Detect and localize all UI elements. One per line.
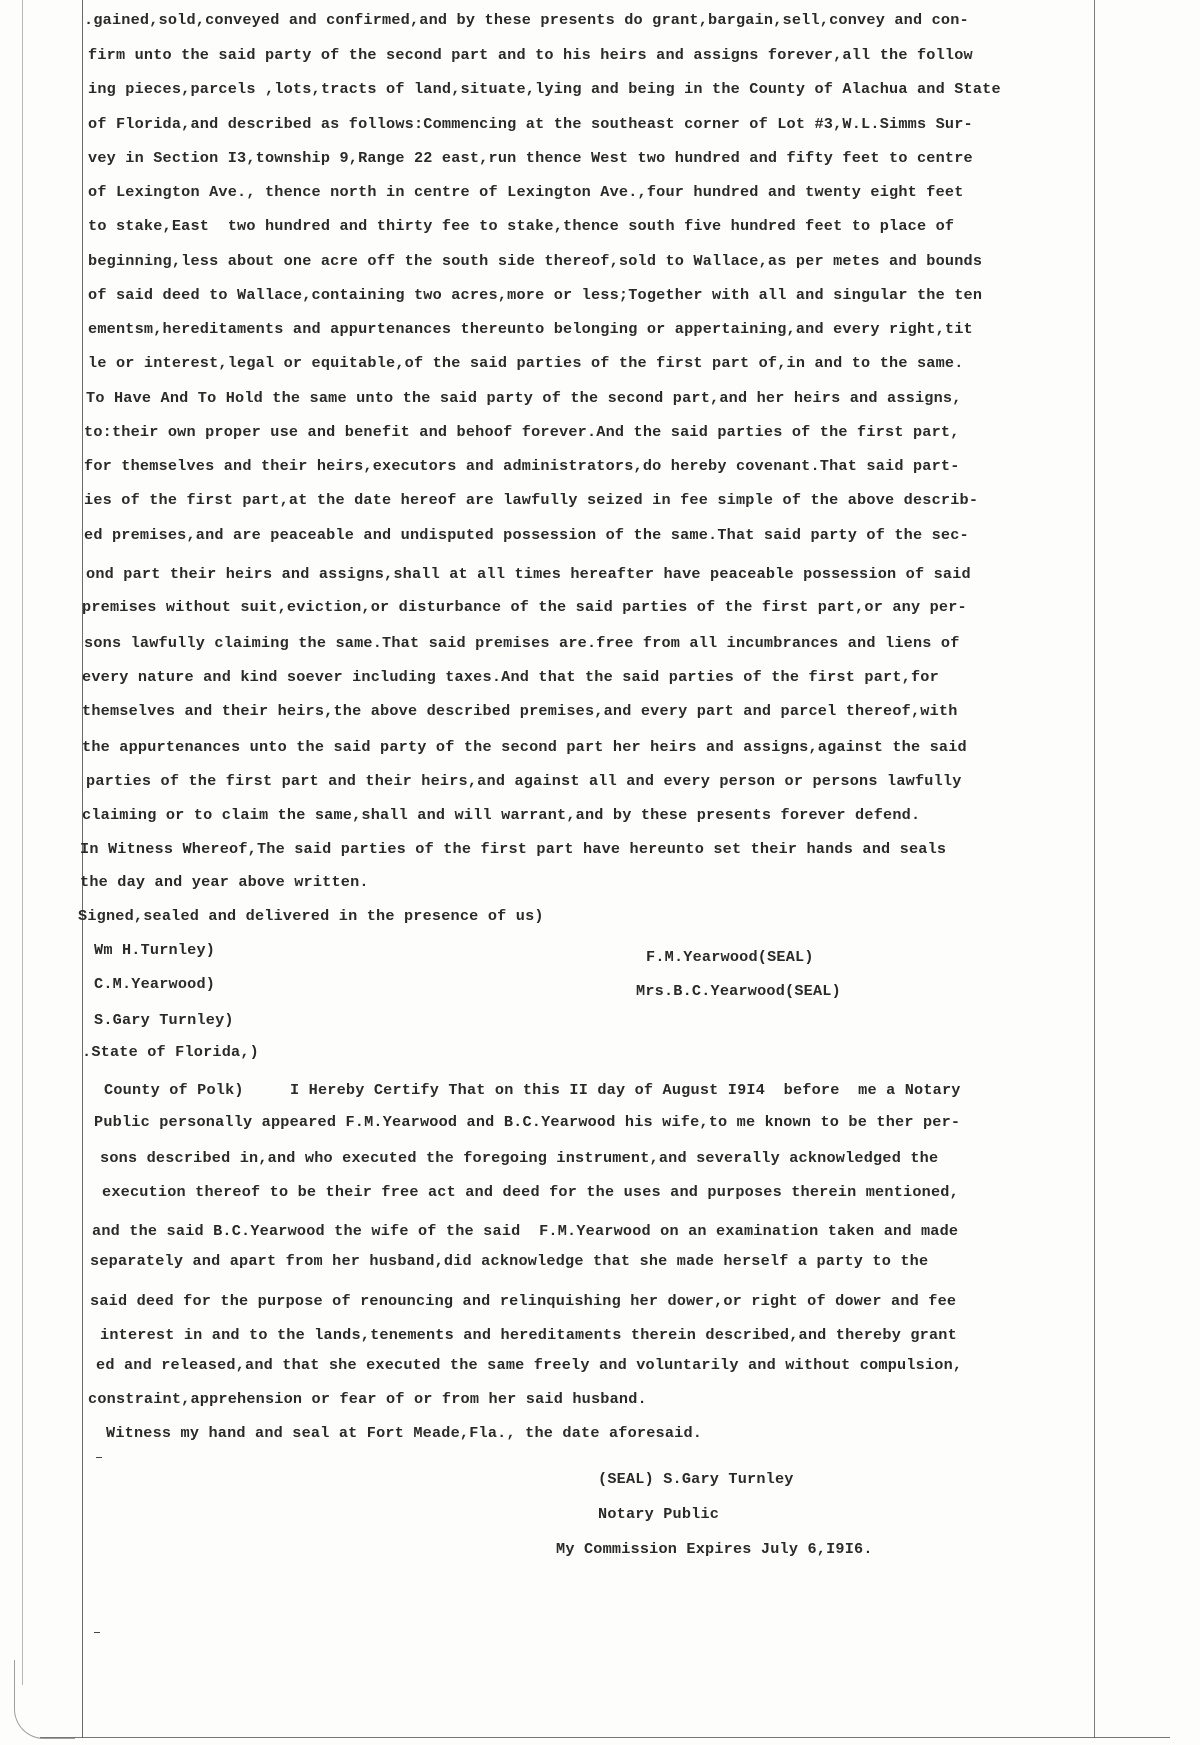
deed-body-line: ing pieces,parcels ,lots,tracts of land,… xyxy=(88,80,1001,98)
acknowledgment-line: ed and released,and that she executed th… xyxy=(96,1356,962,1374)
deed-body-line: ies of the first part,at the date hereof… xyxy=(84,491,978,509)
outer-edge-rule xyxy=(22,0,23,1685)
deed-body-line: ementsm,hereditaments and appurtenances … xyxy=(88,320,973,338)
right-margin-rule xyxy=(1094,0,1095,1738)
deed-body-line: firm unto the said party of the second p… xyxy=(88,46,973,64)
acknowledgment-line: and the said B.C.Yearwood the wife of th… xyxy=(92,1222,958,1240)
bottom-edge-rule xyxy=(40,1737,1170,1738)
acknowledgment-line: I Hereby Certify That on this II day of … xyxy=(290,1081,961,1099)
acknowledgment-line: sons described in,and who executed the f… xyxy=(100,1149,938,1167)
deed-body-line: ond part their heirs and assigns,shall a… xyxy=(86,565,971,583)
witness-clause: Witness my hand and seal at Fort Meade,F… xyxy=(106,1424,702,1442)
attestation-clause: Signed,sealed and delivered in the prese… xyxy=(78,907,544,925)
margin-tick-mark xyxy=(96,1457,102,1458)
deed-body-line: for themselves and their heirs,executors… xyxy=(84,457,960,475)
acknowledgment-line: Public personally appeared F.M.Yearwood … xyxy=(94,1113,960,1131)
deed-body-line: the appurtenances unto the said party of… xyxy=(82,738,967,756)
grantor-signature: Mrs.B.C.Yearwood(SEAL) xyxy=(636,982,841,1000)
deed-body-line: .gained,sold,conveyed and confirmed,and … xyxy=(84,11,969,29)
notary-commission-expiry: My Commission Expires July 6,I9I6. xyxy=(556,1540,873,1558)
deed-body-line: ed premises,and are peaceable and undisp… xyxy=(84,526,969,544)
deed-body-line: le or interest,legal or equitable,of the… xyxy=(88,354,964,372)
deed-body-line: claiming or to claim the same,shall and … xyxy=(82,806,920,824)
acknowledgment-line: said deed for the purpose of renouncing … xyxy=(90,1292,956,1310)
witness-signature: C.M.Yearwood) xyxy=(94,975,215,993)
witness-signature: S.Gary Turnley) xyxy=(94,1011,234,1029)
acknowledgment-line: execution thereof to be their free act a… xyxy=(102,1183,959,1201)
deed-body-line: To Have And To Hold the same unto the sa… xyxy=(86,389,962,407)
left-margin-rule xyxy=(82,0,83,1738)
deed-body-line: premises without suit,eviction,or distur… xyxy=(82,598,967,616)
deed-body-line: of said deed to Wallace,containing two a… xyxy=(88,286,982,304)
deed-page: .gained,sold,conveyed and confirmed,and … xyxy=(0,0,1200,1745)
deed-body-line: every nature and kind soever including t… xyxy=(82,668,939,686)
notary-title: Notary Public xyxy=(598,1505,719,1523)
venue-state: .State of Florida,) xyxy=(82,1043,259,1061)
deed-body-line: themselves and their heirs,the above des… xyxy=(82,702,958,720)
deed-body-line: the day and year above written. xyxy=(80,873,369,891)
deed-body-line: vey in Section I3,township 9,Range 22 ea… xyxy=(88,149,973,167)
deed-body-line: sons lawfully claiming the same.That sai… xyxy=(84,634,960,652)
deed-body-line: of Lexington Ave., thence north in centr… xyxy=(88,183,964,201)
deed-body-line: In Witness Whereof,The said parties of t… xyxy=(80,840,946,858)
acknowledgment-line: separately and apart from her husband,di… xyxy=(90,1252,928,1270)
witness-signature: Wm H.Turnley) xyxy=(94,941,215,959)
deed-body-line: of Florida,and described as follows:Comm… xyxy=(88,115,973,133)
venue-county: County of Polk) xyxy=(104,1081,244,1099)
deed-body-line: to:their own proper use and benefit and … xyxy=(84,423,960,441)
acknowledgment-line: constraint,apprehension or fear of or fr… xyxy=(88,1390,647,1408)
deed-body-line: parties of the first part and their heir… xyxy=(86,772,962,790)
grantor-signature: F.M.Yearwood(SEAL) xyxy=(646,948,814,966)
notary-signature: (SEAL) S.Gary Turnley xyxy=(598,1470,794,1488)
acknowledgment-line: interest in and to the lands,tenements a… xyxy=(100,1326,957,1344)
deed-body-line: to stake,East two hundred and thirty fee… xyxy=(88,217,954,235)
margin-tick-mark xyxy=(94,1632,100,1633)
page-corner-curve xyxy=(14,1660,75,1739)
deed-body-line: beginning,less about one acre off the so… xyxy=(88,252,982,270)
